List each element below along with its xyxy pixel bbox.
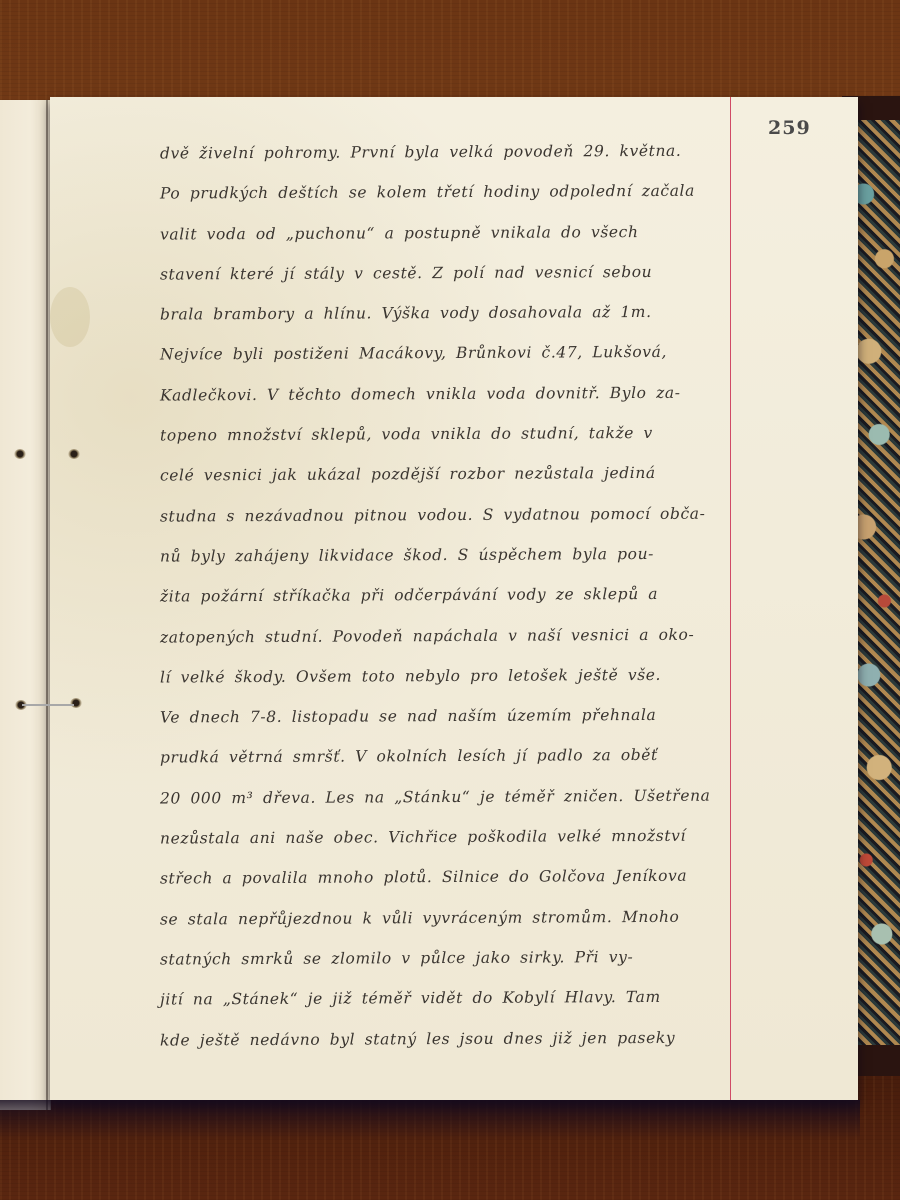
text-line: kde ještě nedávno byl statný les jsou dn… bbox=[160, 1022, 740, 1065]
chronicle-page: 259 dvě živelní pohromy. První byla velk… bbox=[50, 97, 858, 1100]
text-line: valit voda od „puchonu“ a postupně vnika… bbox=[160, 216, 740, 259]
page-stain bbox=[50, 287, 90, 347]
text-line: nezůstala ani naše obec. Vichřice poškod… bbox=[160, 821, 740, 864]
text-line: Ve dnech 7-8. listopadu se nad naším úze… bbox=[160, 700, 740, 743]
text-line: statných smrků se zlomilo v půlce jako s… bbox=[160, 941, 740, 984]
binding-fold bbox=[46, 100, 48, 1110]
text-line: topeno množství sklepů, voda vnikla do s… bbox=[160, 418, 740, 461]
page-shadow bbox=[0, 1100, 860, 1140]
text-line: Po prudkých deštích se kolem třetí hodin… bbox=[160, 176, 740, 219]
text-line: nů byly zahájeny likvidace škod. S úspěc… bbox=[160, 538, 740, 581]
text-line: 20 000 m³ dřeva. Les na „Stánku“ je témě… bbox=[160, 780, 740, 823]
text-line: Kadlečkovi. V těchto domech vnikla voda … bbox=[160, 377, 740, 420]
binder-hole bbox=[70, 698, 82, 708]
binding-thread bbox=[22, 704, 74, 706]
text-line: stavení které jí stály v cestě. Z polí n… bbox=[160, 256, 740, 299]
text-line: zatopených studní. Povodeň napáchala v n… bbox=[160, 619, 740, 662]
text-line: se stala nepřůjezdnou k vůli vyvráceným … bbox=[160, 901, 740, 944]
text-line: žita požární stříkačka při odčerpávání v… bbox=[160, 579, 740, 622]
text-line: celé vesnici jak ukázal pozdější rozbor … bbox=[160, 458, 740, 501]
text-line: jití na „Stánek“ je již téměř vidět do K… bbox=[160, 982, 740, 1025]
text-line: prudká větrná smršť. V okolních lesích j… bbox=[160, 740, 740, 783]
binder-hole bbox=[68, 449, 80, 459]
binder-hole bbox=[14, 449, 26, 459]
page-number: 259 bbox=[768, 117, 811, 139]
handwritten-text: dvě živelní pohromy. První byla velká po… bbox=[160, 137, 740, 1064]
text-line: brala brambory a hlínu. Výška vody dosah… bbox=[160, 297, 740, 340]
text-line: Nejvíce byli postiženi Macákovy, Brůnkov… bbox=[160, 337, 740, 380]
text-line: studna s nezávadnou pitnou vodou. S vyda… bbox=[160, 498, 740, 541]
left-page-edge bbox=[0, 100, 51, 1110]
text-line: střech a povalila mnoho plotů. Silnice d… bbox=[160, 861, 740, 904]
text-line: lí velké škody. Ovšem toto nebylo pro le… bbox=[160, 659, 740, 702]
text-line: dvě živelní pohromy. První byla velká po… bbox=[160, 135, 740, 178]
